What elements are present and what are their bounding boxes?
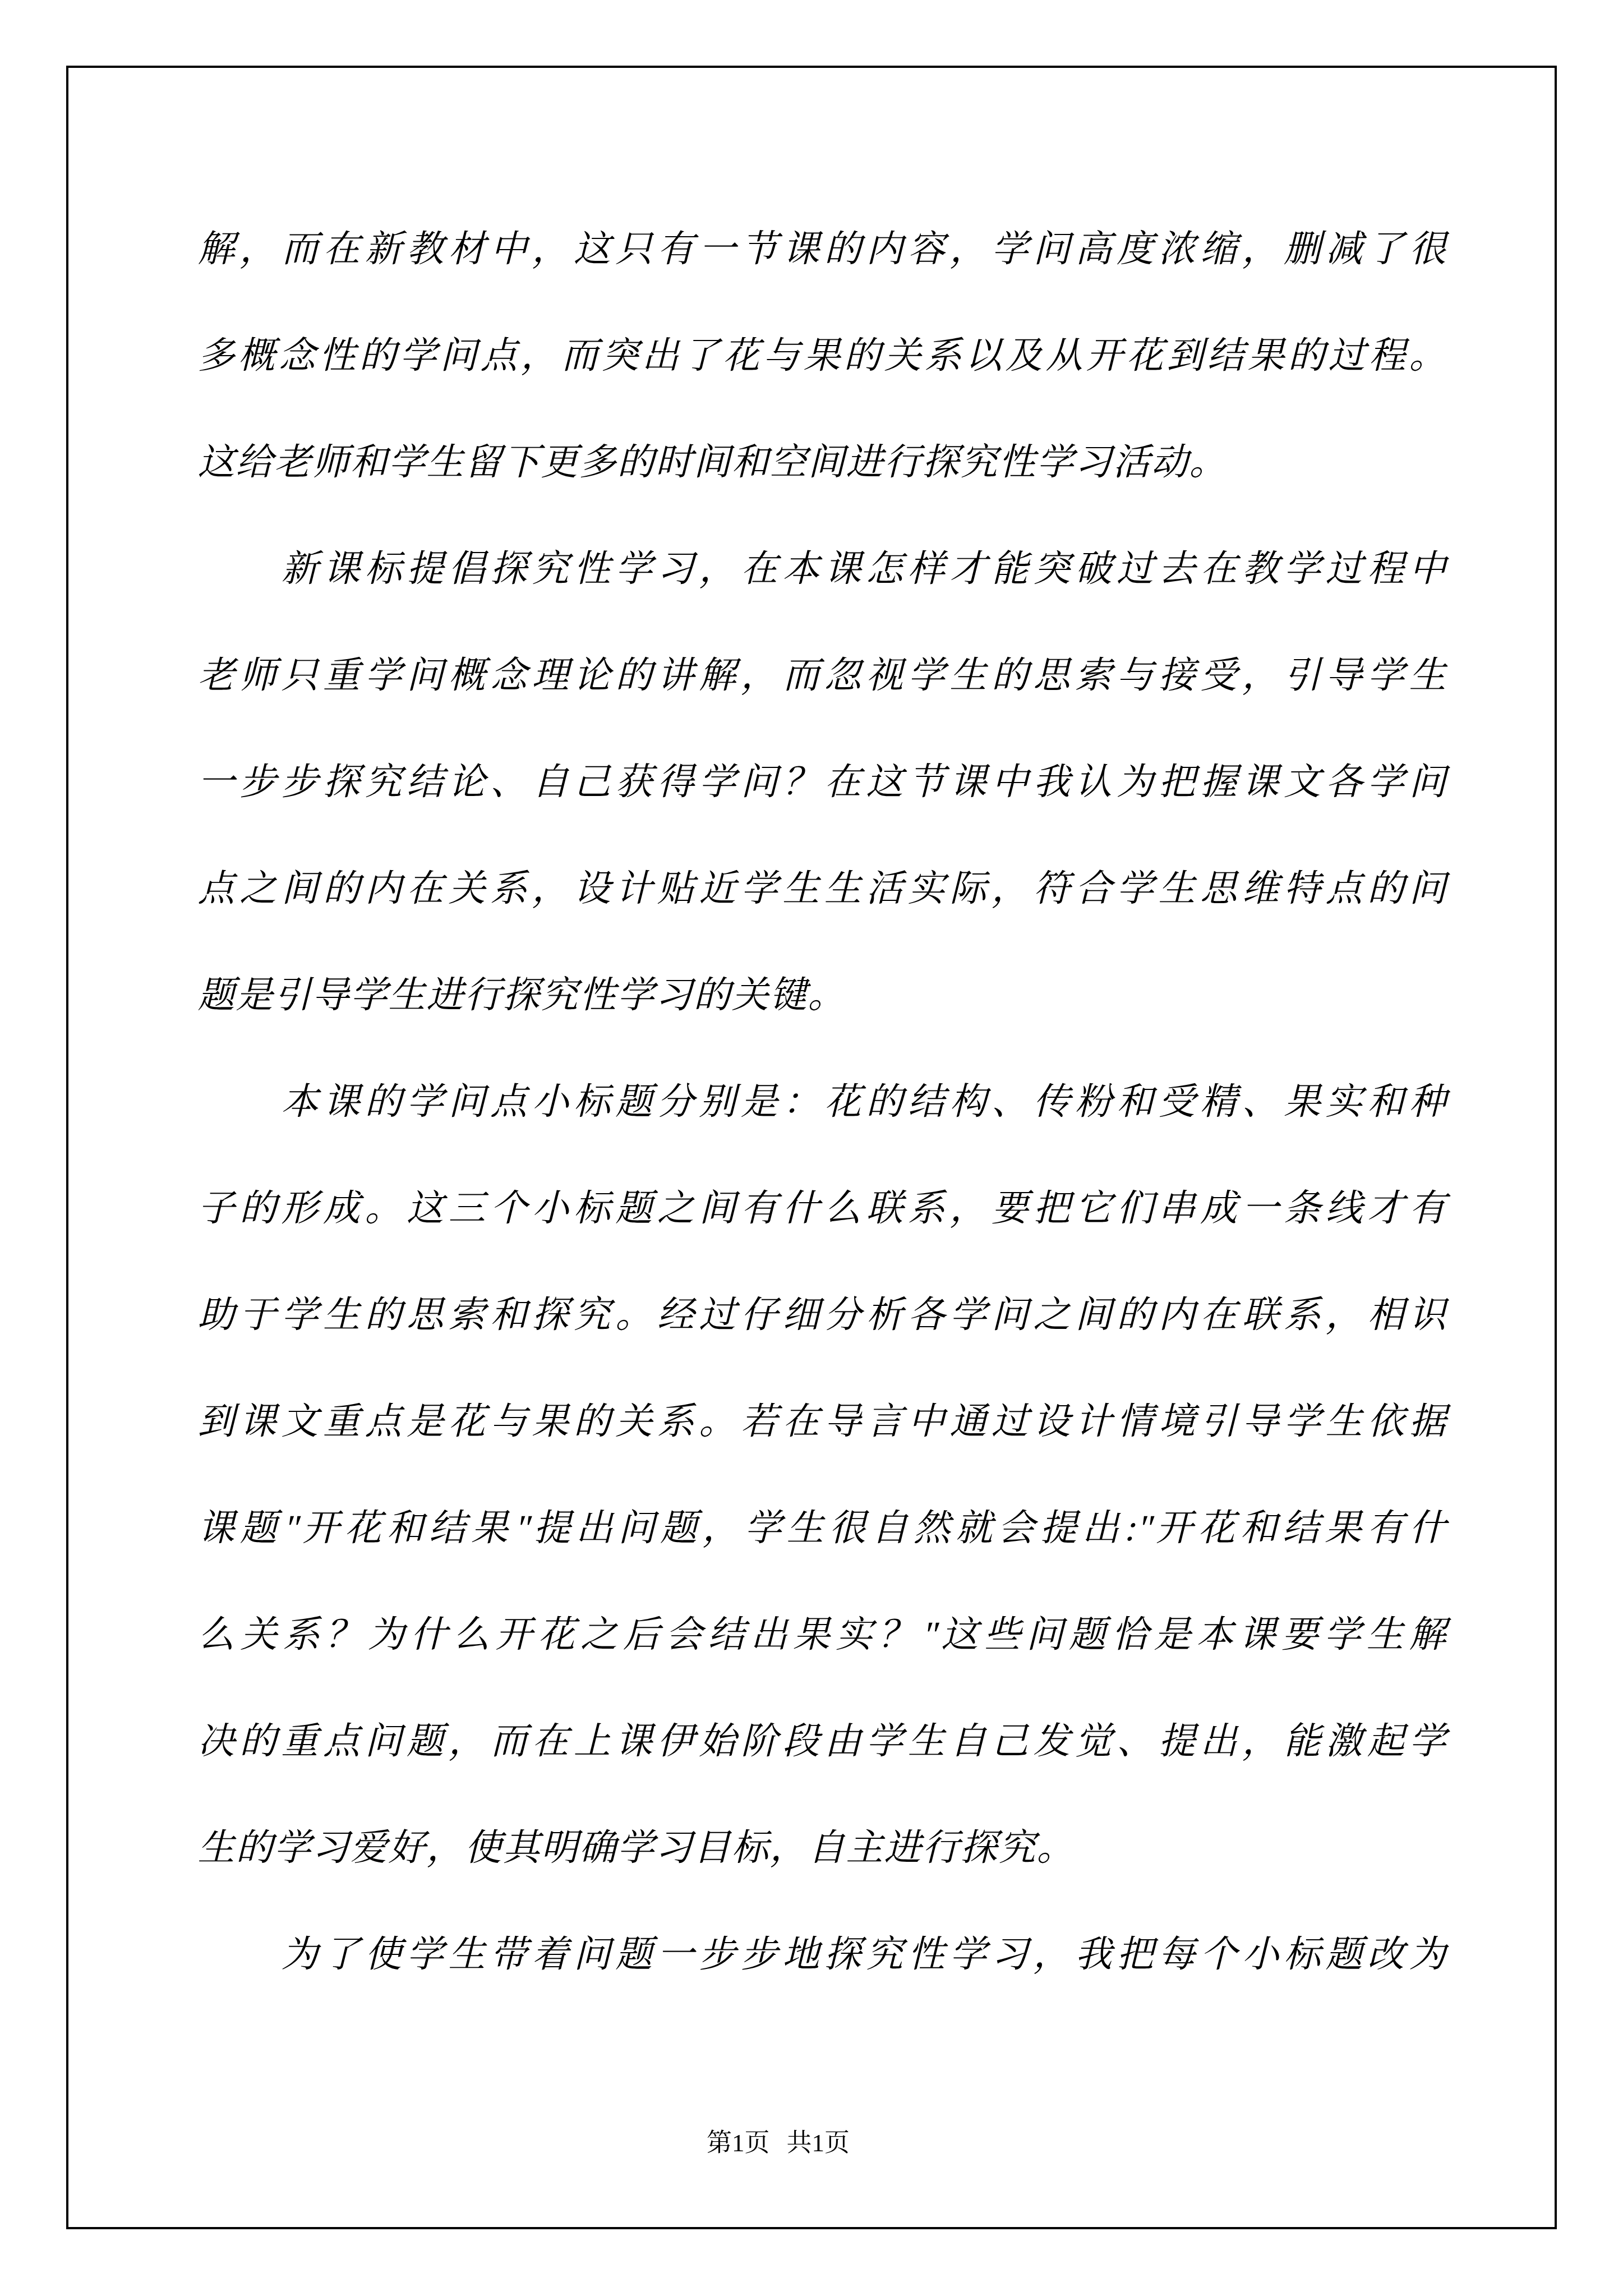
text-line: 决的重点问题，而在上课伊始阶段由学生自己发觉、提出，能激起学 — [187, 1688, 1463, 1795]
text-line: 本课的学问点小标题分别是：花的结构、传粉和受精、果实和种 — [187, 1049, 1463, 1156]
page-count-label: 共1页 — [787, 2129, 850, 2157]
text-line: 么关系？为什么开花之后会结出果实？"这些问题恰是本课要学生解 — [187, 1582, 1463, 1688]
document-page: 解，而在新教材中，这只有一节课的内容，学问高度浓缩，删减了很多概念性的学问点，而… — [0, 0, 1623, 2296]
text-line: 多概念性的学问点，而突出了花与果的关系以及从开花到结果的过程。 — [187, 303, 1463, 409]
text-line: 这给老师和学生留下更多的时间和空间进行探究性学习活动。 — [187, 409, 1463, 516]
text-line: 生的学习爱好，使其明确学习目标，自主进行探究。 — [187, 1795, 1463, 1902]
text-line: 点之间的内在关系，设计贴近学生生活实际，符合学生思维特点的问 — [187, 836, 1463, 942]
document-text: 解，而在新教材中，这只有一节课的内容，学问高度浓缩，删减了很多概念性的学问点，而… — [198, 196, 1447, 2008]
text-line: 老师只重学问概念理论的讲解，而忽视学生的思索与接受，引导学生 — [187, 623, 1463, 729]
text-line: 子的形成。这三个小标题之间有什么联系，要把它们串成一条线才有 — [187, 1156, 1463, 1262]
page-number-label: 第1页 — [707, 2129, 770, 2157]
text-line: 到课文重点是花与果的关系。若在导言中通过设计情境引导学生依据 — [187, 1369, 1463, 1475]
text-line: 一步步探究结论、自己获得学问？在这节课中我认为把握课文各学问 — [187, 729, 1463, 836]
text-line: 解，而在新教材中，这只有一节课的内容，学问高度浓缩，删减了很 — [187, 196, 1463, 303]
text-line: 为了使学生带着问题一步步地探究性学习，我把每个小标题改为 — [187, 1902, 1463, 2008]
text-line: 课题"开花和结果"提出问题，学生很自然就会提出:"开花和结果有什 — [187, 1475, 1463, 1582]
text-line: 助于学生的思索和探究。经过仔细分析各学问之间的内在联系，相识 — [187, 1262, 1463, 1369]
text-line: 题是引导学生进行探究性学习的关键。 — [187, 942, 1463, 1049]
text-line: 新课标提倡探究性学习，在本课怎样才能突破过去在教学过程中 — [187, 516, 1463, 623]
page-footer: 第1页共1页 — [707, 2126, 850, 2160]
